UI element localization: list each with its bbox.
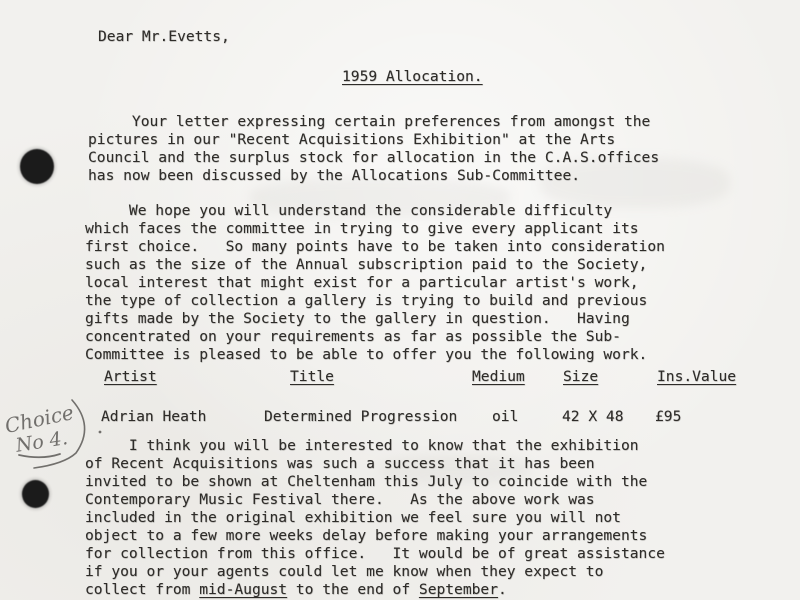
last-line-text: . [498, 581, 507, 598]
column-header-size: Size [563, 368, 598, 386]
letter-heading: 1959 Allocation. [342, 68, 483, 86]
underlined-september: September [419, 581, 498, 598]
salutation: Dear Mr.Evetts, [98, 28, 230, 46]
column-header-medium: Medium [472, 368, 525, 386]
table-header-row: Artist Title Medium Size Ins.Value [0, 368, 800, 386]
last-line-text: collect from [85, 581, 199, 598]
column-header-ins-value: Ins.Value [657, 368, 736, 386]
paragraph-3: I think you will be interested to know t… [85, 437, 665, 581]
hole-punch-top [20, 149, 54, 184]
letter-page: Dear Mr.Evetts, 1959 Allocation. Your le… [0, 0, 800, 600]
paragraph-2: We hope you will understand the consider… [85, 202, 665, 364]
table-row: Adrian Heath Determined Progression oil … [0, 408, 800, 426]
column-header-title: Title [290, 368, 334, 386]
cell-ins-value: £95 [655, 408, 681, 426]
cell-title: Determined Progression [264, 408, 457, 426]
paragraph-1: Your letter expressing certain preferenc… [88, 113, 659, 185]
paragraph-3-last-line: collect from mid-August to the end of Se… [85, 581, 507, 599]
column-header-artist: Artist [104, 368, 157, 386]
underlined-mid-august: mid-August [199, 581, 287, 598]
handwritten-annotation: Choice No 4. [0, 398, 115, 488]
annotation-dot [99, 431, 102, 434]
cell-size: 42 X 48 [562, 408, 624, 426]
last-line-text: to the end of [287, 581, 419, 598]
cell-artist: Adrian Heath [101, 408, 206, 426]
cell-medium: oil [492, 408, 518, 426]
